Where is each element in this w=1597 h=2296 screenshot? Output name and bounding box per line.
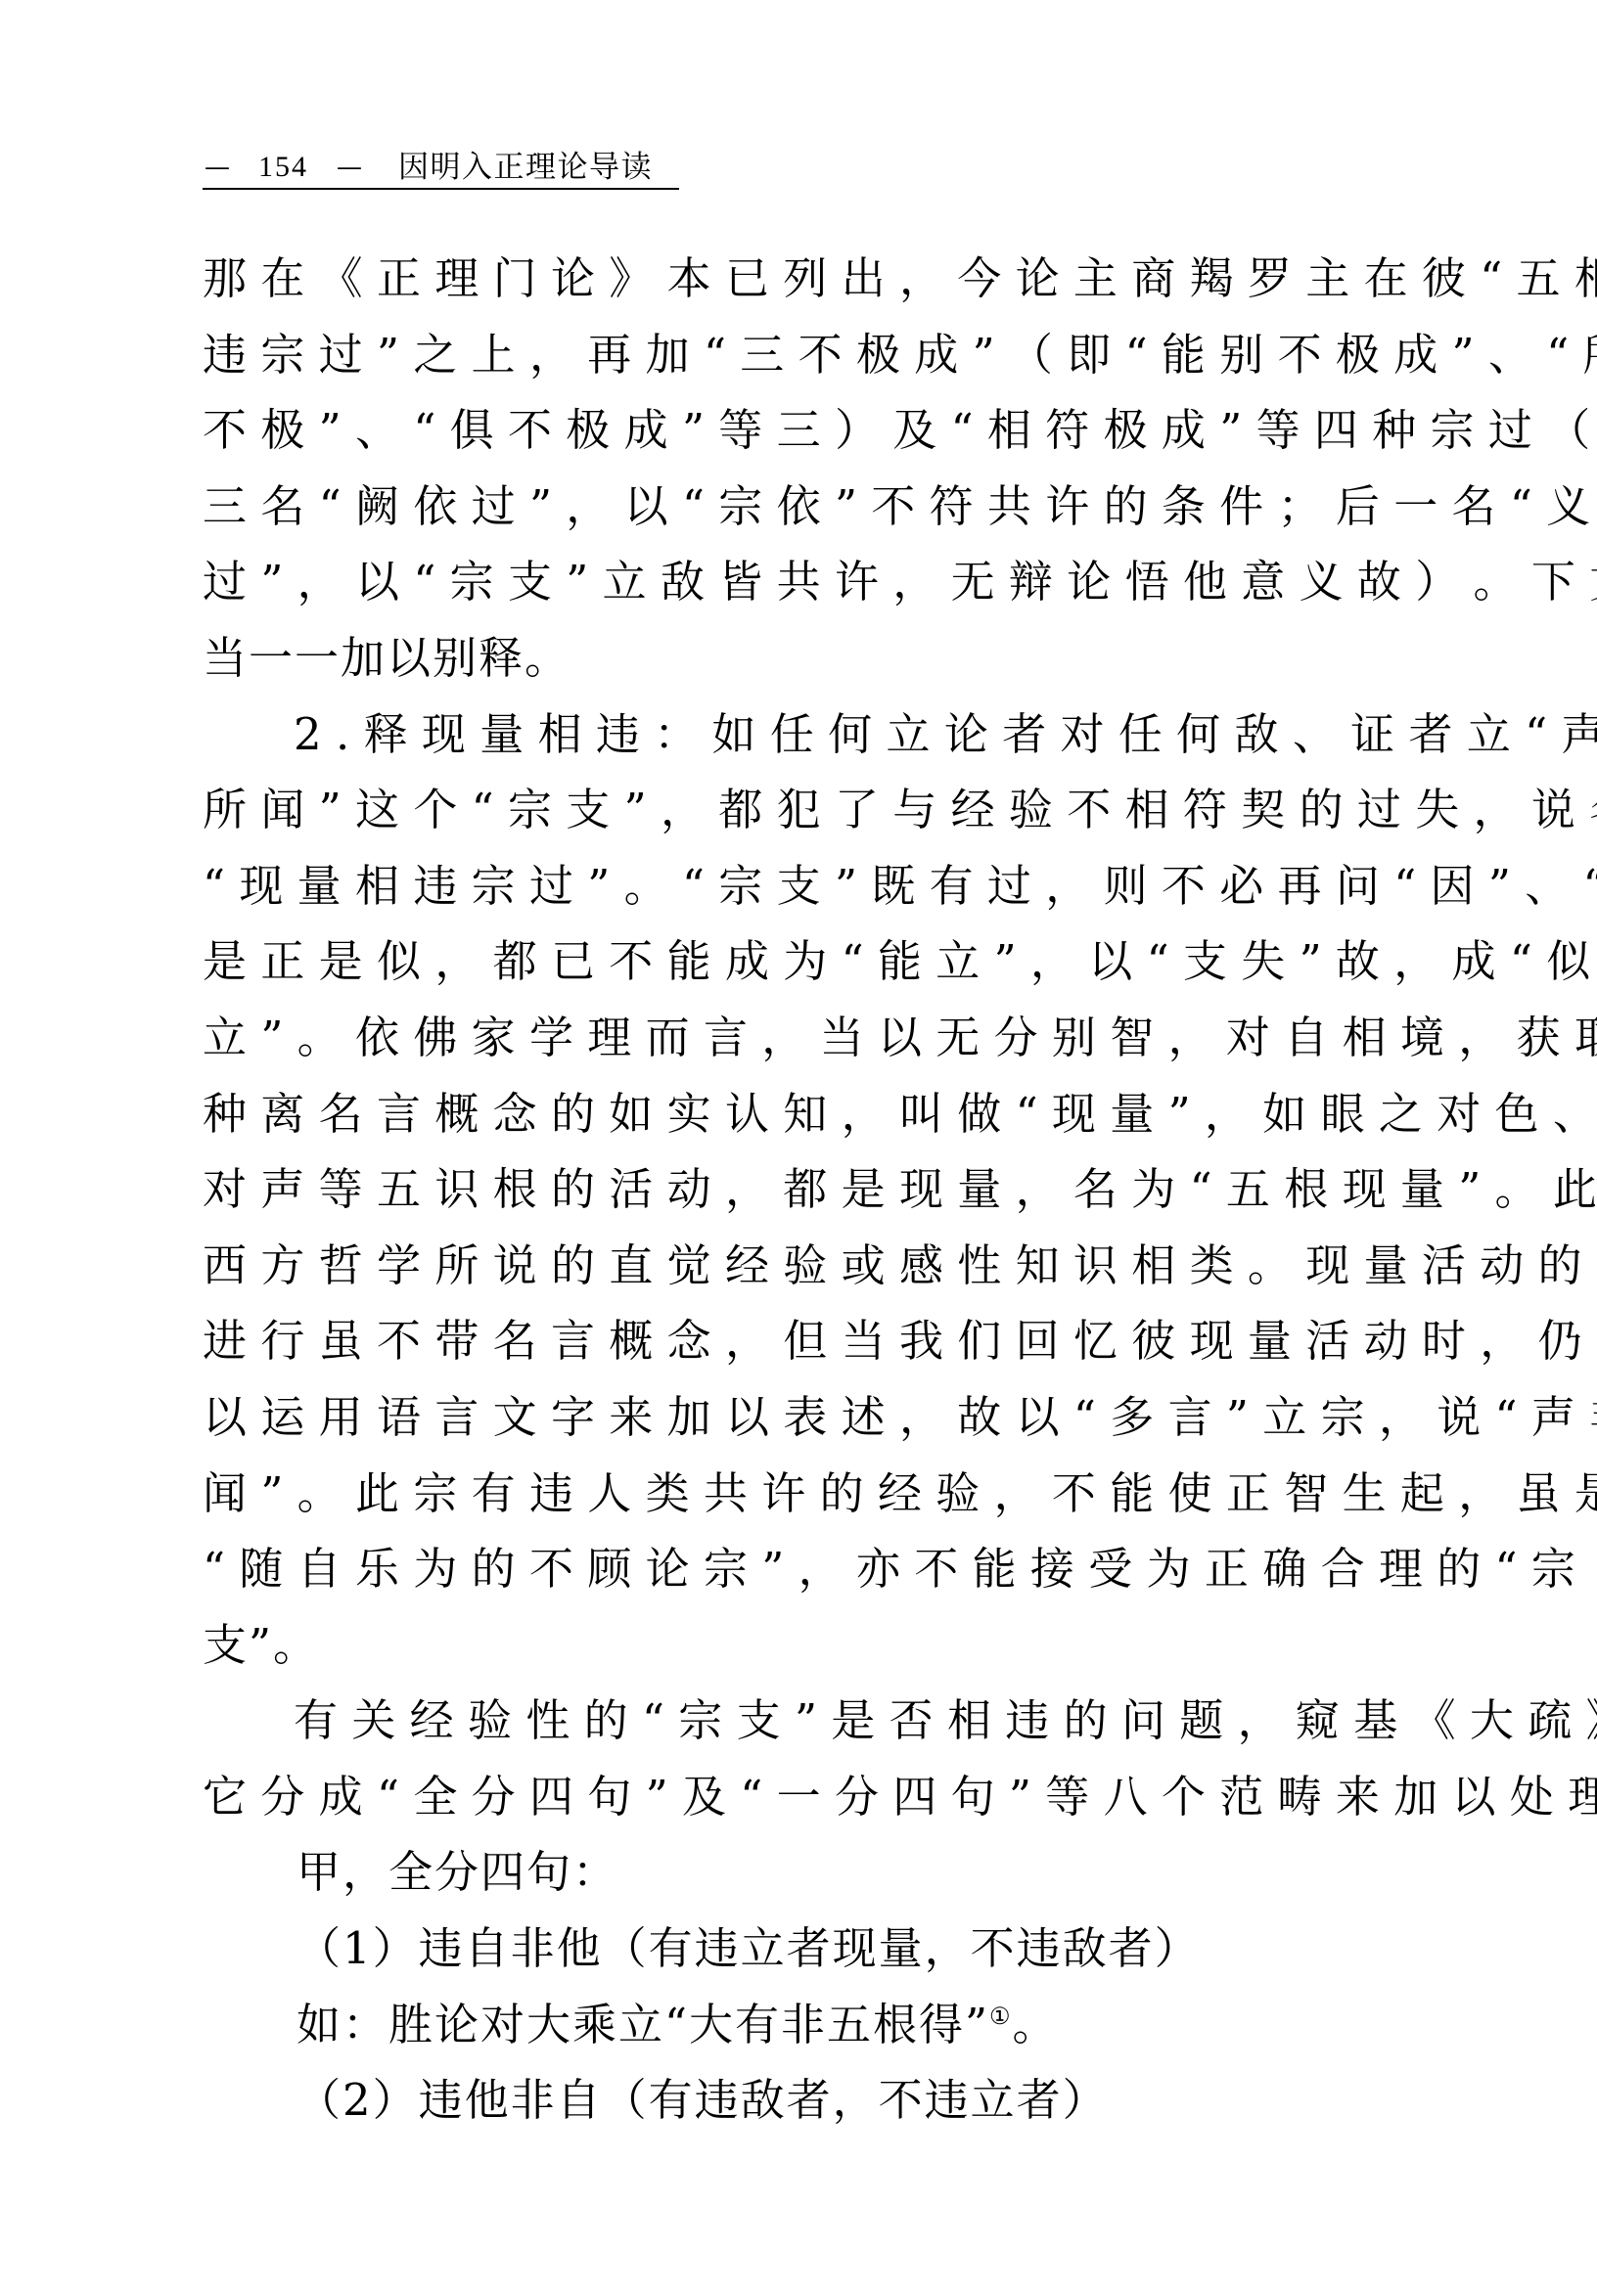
text-line: 进 行 虽 不 带 名 言 概 念 ， 但 当 我 们 回 忆 彼 现 量 活 … [203,1303,1398,1379]
body-text: 那 在 《 正 理 门 论 》 本 已 列 出 ， 今 论 主 商 羯 罗 主 … [203,241,1398,2138]
text-line: 种 离 名 言 概 念 的 如 实 认 知 ， 叫 做 “ 现 量 ” ， 如 … [203,1076,1398,1152]
list-item: （1）违自非他（有违立者现量，不违敌者） [203,1911,1398,1987]
text-line: 不 极 ” 、 “ 俱 不 极 成 ” 等 三 ） 及 “ 相 符 极 成 ” … [203,392,1398,469]
example-text: 如：胜论对大乘立“大有非五根得” [297,1999,989,2050]
header-dash-left: — [205,155,230,180]
page-number: 154 [258,153,308,182]
example-line: 如：胜论对大乘立“大有非五根得”①。 [203,1987,1398,2063]
running-header: — 154 — 因明入正理论导读 [203,147,679,190]
text-line: 支”。 [203,1607,1398,1684]
text-line: “ 随 自 乐 为 的 不 顾 论 宗 ” ， 亦 不 能 接 受 为 正 确 … [203,1531,1398,1607]
text-line: 它 分 成 “ 全 分 四 句 ” 及 “ 一 分 四 句 ” 等 八 个 范 … [203,1759,1398,1835]
text-line: 以 运 用 语 言 文 字 来 加 以 表 述 ， 故 以 “ 多 言 ” 立 … [203,1379,1398,1456]
text-line: “ 现 量 相 违 宗 过 ” 。 “ 宗 支 ” 既 有 过 ， 则 不 必 … [203,848,1398,924]
list-item: （2）违他非自（有违敌者，不违立者） [203,2062,1398,2138]
text-line: 过 ” ， 以 “ 宗 支 ” 立 敌 皆 共 许 ， 无 辩 论 悟 他 意 … [203,544,1398,620]
text-line: 是 正 是 似 ， 都 已 不 能 成 为 “ 能 立 ” ， 以 “ 支 失 … [203,923,1398,1000]
text-line: 对 声 等 五 识 根 的 活 动 ， 都 是 现 量 ， 名 为 “ 五 根 … [203,1151,1398,1228]
footnote-marker[interactable]: ① [989,2003,1013,2030]
text-line: 立 ” 。 依 佛 家 学 理 而 言 ， 当 以 无 分 别 智 ， 对 自 … [203,1000,1398,1076]
header-dash-right: — [337,155,362,180]
paragraph-start-line: 有 关 经 验 性 的 “ 宗 支 ” 是 否 相 违 的 问 题 ， 窥 基 … [203,1683,1398,1759]
list-heading: 甲，全分四句： [203,1834,1398,1911]
text-line: 违 宗 过 ” 之 上 ， 再 加 “ 三 不 极 成 ” （ 即 “ 能 别 … [203,317,1398,393]
text-line: 闻 ” 。 此 宗 有 违 人 类 共 许 的 经 验 ， 不 能 使 正 智 … [203,1456,1398,1532]
example-tail: 。 [1013,1999,1059,2050]
book-title: 因明入正理论导读 [398,152,653,183]
text-line: 当一一加以别释。 [203,620,1398,697]
text-line: 所 闻 ” 这 个 “ 宗 支 ” ， 都 犯 了 与 经 验 不 相 符 契 … [203,772,1398,848]
text-line: 西 方 哲 学 所 说 的 直 觉 经 验 或 感 性 知 识 相 类 。 现 … [203,1228,1398,1304]
text-line: 那 在 《 正 理 门 论 》 本 已 列 出 ， 今 论 主 商 羯 罗 主 … [203,241,1398,317]
text-line: 三 名 “ 阙 依 过 ” ， 以 “ 宗 依 ” 不 符 共 许 的 条 件 … [203,469,1398,545]
section-heading-line: 2 . 释 现 量 相 违 ： 如 任 何 立 论 者 对 任 何 敌 、 证 … [203,697,1398,773]
